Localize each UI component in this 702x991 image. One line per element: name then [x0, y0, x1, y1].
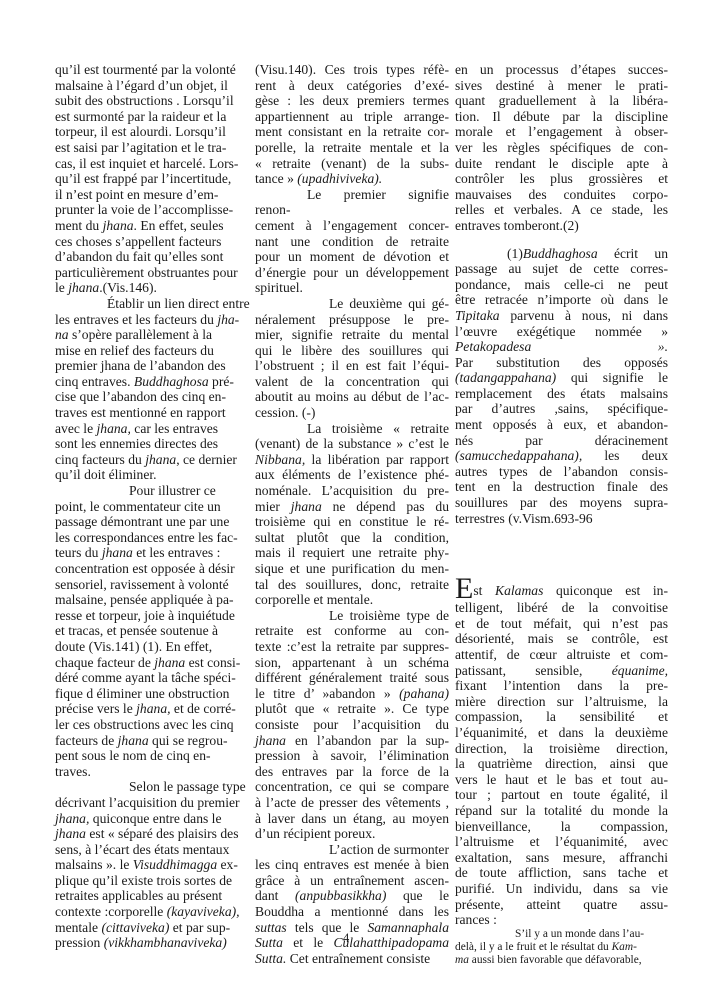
text-line: plutôt que « retraite ». Ce type	[255, 701, 449, 717]
text-line: chaque facteur de jhana est consi-	[55, 655, 251, 671]
text-line: passage au sujet de cette corres-	[455, 261, 668, 277]
text-line: quant graduellement à la libéra-	[455, 93, 668, 109]
text-line: pression à savoir, l’élimination	[255, 748, 449, 764]
text-line: l’obstruent ; il en est fait l’équi-	[255, 358, 449, 374]
text-line: L’action de surmonter	[255, 842, 449, 858]
text-line: jhana, quiconque entre dans le	[55, 811, 251, 827]
text-line: fique d éliminer une obstruction	[55, 686, 251, 702]
text-line: bienveillance, la compassion,	[455, 819, 668, 835]
text-line: retraite est conforme au con-	[255, 623, 449, 639]
text-line: plique qu’il existe trois sortes de	[55, 873, 251, 889]
text-line: prunter la voie de l’accomplisse-	[55, 202, 251, 218]
text-line: mier jhana ne dépend pas du	[255, 499, 449, 515]
text-line: sultat plutôt que la condition,	[255, 530, 449, 546]
column-3: en un processus d’étapes succes-sives de…	[455, 62, 668, 967]
text-line: contexte :corporelle (kayaviveka),	[55, 904, 251, 920]
text-line: le jhana.(Vis.146).	[55, 280, 251, 296]
text-line: cession. (-)	[255, 405, 449, 421]
text-line: en un processus d’étapes succes-	[455, 62, 668, 78]
text-line: Est Kalamas quiconque est in-	[455, 578, 668, 600]
text-line: tion. Il débute par la discipline	[455, 109, 668, 125]
text-line: (tadangappahana) qui signifie le	[455, 370, 668, 386]
text-line: Sutta. Cet entraînement consiste	[255, 951, 449, 967]
text-line: nant une condition de retraite	[255, 234, 449, 250]
text-line: autres types de l’abandon consis-	[455, 464, 668, 480]
text-line: morale et l’engagement à obser-	[455, 124, 668, 140]
text-line: pour un moment de dévotion et	[255, 249, 449, 265]
text-line: cise que l’abandon des cinq en-	[55, 389, 251, 405]
text-line: ver les règles spécifiques de con-	[455, 140, 668, 156]
text-line: La troisième « retraite	[255, 421, 449, 437]
text-line: cinq facteurs du jhana, ce dernier	[55, 452, 251, 468]
text-line: la quatrième direction, ainsi que	[455, 756, 668, 772]
text-line: telligent, libéré de la convoitise	[455, 600, 668, 616]
text-line: différent généralement traité sous	[255, 670, 449, 686]
text-line: les cinq entraves est menée à bien	[255, 857, 449, 873]
text-line: terrestres (v.Vism.693-96	[455, 511, 668, 527]
text-line: (samucchedappahana), les deux	[455, 448, 668, 464]
quote-text: S’il y a un monde dans l’au-delà, il y a…	[455, 928, 668, 967]
text-line: ment consistant en la retraite cor-	[255, 124, 449, 140]
text-line: l’altruisme et l’équanimité, avec	[455, 834, 668, 850]
text-line: Bouddha a mentionné dans les	[255, 904, 449, 920]
text-line: purifié. Un individu, dans sa vie	[455, 881, 668, 897]
text-line: mais il requiert une retraite phy-	[255, 545, 449, 561]
text-line: sont les ennemies directes des	[55, 436, 251, 452]
text-line: est surmonté par la raideur et la	[55, 109, 251, 125]
text-line: texte :c’est la retraite par suppres-	[255, 639, 449, 655]
text-line: aux éléments de l’existence phé-	[255, 467, 449, 483]
text-line: traves est mentionné en rapport	[55, 405, 251, 421]
text-line: les entraves et les facteurs du jha-	[55, 312, 251, 328]
text-line: Établir un lien direct entre	[55, 296, 251, 312]
text-line: est saisi par l’agitation et le tra-	[55, 140, 251, 156]
text-line: fixant l’intention dans la pre-	[455, 678, 668, 694]
text-line: précise vers le jhana, et de corré-	[55, 701, 251, 717]
text-line: mise en relief des facteurs du	[55, 343, 251, 359]
text-line: cinq entraves. Buddhaghosa pré-	[55, 374, 251, 390]
column-1: qu’il est tourmenté par la volontémalsai…	[55, 62, 251, 951]
text-line: de toute affliction, sans tache et	[455, 865, 668, 881]
text-line: Nibbana, la libération par rapport	[255, 452, 449, 468]
text-line: mier, signifie retraite du mental	[255, 327, 449, 343]
text-line: sensoriel, ravissement à volonté	[55, 577, 251, 593]
column-2: (Visu.140). Ces trois types réfè-rent à …	[255, 62, 449, 966]
text-line: (Visu.140). Ces trois types réfè-	[255, 62, 449, 78]
text-line: malsaine à l’égard d’un objet, il	[55, 78, 251, 94]
text-line: porelle, la retraite mentale et la	[255, 140, 449, 156]
text-line: delà, il y a le fruit et le résultat du …	[455, 941, 668, 954]
text-line: sens, à l’écart des états mentaux	[55, 842, 251, 858]
text-line: rances :	[455, 912, 668, 928]
text-line: cement à l’engagement concer-	[255, 218, 449, 234]
text-line: patissant, sensible, équanime,	[455, 663, 668, 679]
text-line: néralement présuppose le pre-	[255, 312, 449, 328]
text-line: cas, il est inquiet et harcelé. Lors-	[55, 156, 251, 172]
text-line: contrôler les plus grossières et	[455, 171, 668, 187]
text-line: corporelle et mentale.	[255, 592, 449, 608]
text-line: d’un récipient poreux.	[255, 826, 449, 842]
text-line: ler ces obstructions avec les cinq	[55, 717, 251, 733]
text-line: subit des obstructions . Lorsqu’il	[55, 93, 251, 109]
text-line: (1)Buddhaghosa écrit un	[455, 246, 668, 262]
text-line: malsaine, pensée appliquée à pa-	[55, 592, 251, 608]
text-line: relles et verbales. A ce stade, les	[455, 202, 668, 218]
text-line: mauvaises des conduites corpo-	[455, 187, 668, 203]
footnote-1: (1)Buddhaghosa écrit unpassage au sujet …	[455, 246, 668, 527]
text-line: doute (Vis.141) (1). En effet,	[55, 639, 251, 655]
text-line: qu’il doit éliminer.	[55, 467, 251, 483]
text-line: concentration, ce qui se compare	[255, 779, 449, 795]
text-line: point, le commentateur cite un	[55, 499, 251, 515]
text-line: Par substitution des opposés	[455, 355, 668, 371]
text-line: et de tout méfait, qui n’est pas	[455, 616, 668, 632]
text-line: teurs du jhana et les entraves :	[55, 545, 251, 561]
text-line: tent en la destruction finale des	[455, 479, 668, 495]
text-line: mière direction sur l’altruisme, la	[455, 694, 668, 710]
text-line: ment opposés à eux, et abandon-	[455, 417, 668, 433]
text-line: spirituel.	[255, 280, 449, 296]
column-3-main-text: en un processus d’étapes succes-sives de…	[455, 62, 668, 234]
text-line: d’énergie pour un développement	[255, 265, 449, 281]
text-line: S’il y a un monde dans l’au-	[455, 928, 668, 941]
text-line: noménale. L’acquisition du pre-	[255, 483, 449, 499]
text-line: passage démontrant une par une	[55, 514, 251, 530]
text-line: sives destiné à mener le prati-	[455, 78, 668, 94]
text-line: ces choses s’appellent facteurs	[55, 234, 251, 250]
text-line: (venant) de la substance » c’est le	[255, 436, 449, 452]
text-line: pondance, mais celle-ci ne peut	[455, 277, 668, 293]
text-line: d’abandon du fait qu’elles sont	[55, 249, 251, 265]
text-line: attentif, de cœur altruiste et com-	[455, 647, 668, 663]
text-line: sique et une purification du men-	[255, 561, 449, 577]
spacer	[455, 234, 668, 246]
text-line: désorienté, mais se contrôle, est	[455, 631, 668, 647]
text-line: premier jhana de l’abandon des	[55, 358, 251, 374]
text-line: troisième qui en constitue le ré-	[255, 514, 449, 530]
text-line: Sutta et le Culahatthipadopama	[255, 935, 449, 951]
text-line: « retraite (venant) de la subs-	[255, 156, 449, 172]
text-line: grâce à un entraînement ascen-	[255, 873, 449, 889]
text-line: facteurs de jhana qui se regrou-	[55, 733, 251, 749]
text-line: il n’est point en mesure d’em-	[55, 187, 251, 203]
text-line: sion, appartenant à un schéma	[255, 655, 449, 671]
text-line: jhana est « séparé des plaisirs des	[55, 826, 251, 842]
text-line: répand sur la totalité du monde la	[455, 803, 668, 819]
text-line: duite rendant le disciple apte à	[455, 156, 668, 172]
text-line: Le deuxième qui gé-	[255, 296, 449, 312]
text-line: vers le haut et le bas et tout au-	[455, 772, 668, 788]
text-line: remplacement des états malsains	[455, 386, 668, 402]
text-line: tour ; partout en toute égalité, il	[455, 787, 668, 803]
text-line: nés par déracinement	[455, 433, 668, 449]
text-line: les correspondances entre les fac-	[55, 530, 251, 546]
text-line: et tracas, et pensée soutenue à	[55, 623, 251, 639]
text-line: consiste pour l’acquisition du	[255, 717, 449, 733]
text-line: qu’il est tourmenté par la volonté	[55, 62, 251, 78]
document-page: qu’il est tourmenté par la volontémalsai…	[0, 0, 702, 991]
text-line: Pour illustrer ce	[55, 483, 251, 499]
text-line: particulièrement obstruantes pour	[55, 265, 251, 281]
text-line: na s’opère parallèlement à la	[55, 327, 251, 343]
text-line: malsains ». le Visuddhimagga ex-	[55, 857, 251, 873]
text-line: resse et torpeur, joie à inquiétude	[55, 608, 251, 624]
text-line: souillures par des moyens supra-	[455, 495, 668, 511]
text-line: retraites applicables au présent	[55, 888, 251, 904]
text-line: être retracée n’importe où dans le	[455, 292, 668, 308]
text-line: exaltation, sans mesure, affranchi	[455, 850, 668, 866]
text-line: à l’acte de presser des vêtements ,	[255, 795, 449, 811]
text-line: avec le jhana, car les entraves	[55, 421, 251, 437]
text-line: qui le libère des souillures qui	[255, 343, 449, 359]
text-line: qu’il est frappé par l’incertitude,	[55, 171, 251, 187]
text-line: tal des souillures, donc, retraite	[255, 577, 449, 593]
text-line: rent à deux catégories d’exé-	[255, 78, 449, 94]
text-line: présente, atteint quatre assu-	[455, 897, 668, 913]
text-line: le titre d’ »abandon » (pahana)	[255, 686, 449, 702]
spacer	[455, 526, 668, 574]
text-line: concentration est opposée à désir	[55, 561, 251, 577]
text-line: ment du jhana. En effet, seules	[55, 218, 251, 234]
text-line: direction, la troisième direction,	[455, 741, 668, 757]
text-line: torpeur, il est alourdi. Lorsqu’il	[55, 124, 251, 140]
page-number: 4	[343, 931, 349, 946]
text-line: l’équanimité, et dans la deuxième	[455, 725, 668, 741]
text-line: décrivant l’acquisition du premier	[55, 795, 251, 811]
text-line: à laver dans un étang, au moyen	[255, 811, 449, 827]
text-line: gèse : les deux premiers termes	[255, 93, 449, 109]
text-line: Selon le passage type	[55, 779, 251, 795]
text-line: déré comme ayant la tâche spéci-	[55, 670, 251, 686]
text-line: par d’autres ,sains, spécifique-	[455, 401, 668, 417]
text-line: appartiennent au triple arrange-	[255, 109, 449, 125]
text-line: Le premier signifie renon-	[255, 187, 449, 218]
text-line: des entraves par la force de la	[255, 764, 449, 780]
kalamas-paragraph: Est Kalamas quiconque est in-telligent, …	[455, 578, 668, 927]
text-line: mentale (cittaviveka) et par sup-	[55, 920, 251, 936]
text-line: entraves tomberont.(2)	[455, 218, 668, 234]
text-line: suttas tels que le Samannaphala	[255, 920, 449, 936]
text-line: Tipitaka parvenu à nous, ni dans	[455, 308, 668, 324]
text-line: pent sous le nom de cinq en-	[55, 748, 251, 764]
text-line: aboutit au moins au début de l’ac-	[255, 389, 449, 405]
text-line: l’œuvre exégétique nommée »	[455, 324, 668, 340]
text-line: Petakopadesa ».	[455, 339, 668, 355]
text-line: tance » (upadhiviveka).	[255, 171, 449, 187]
text-line: compassion, la sensibilité et	[455, 709, 668, 725]
text-line: dant (anpubbasikkha) que le	[255, 888, 449, 904]
text-line: pression (vikkhambhanaviveka)	[55, 935, 251, 951]
text-line: ma aussi bien favorable que défavorable,	[455, 954, 668, 967]
text-line: jhana en l’abandon par la sup-	[255, 733, 449, 749]
text-line: valent de la concentration qui	[255, 374, 449, 390]
text-line: Le troisième type de	[255, 608, 449, 624]
text-line: traves.	[55, 764, 251, 780]
